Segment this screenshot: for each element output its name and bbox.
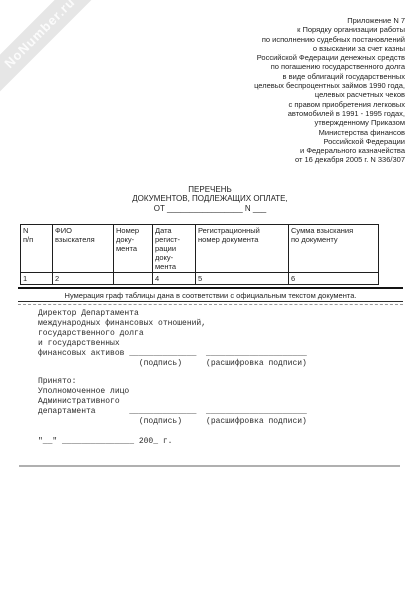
table-header-row: N п/п ФИО взыскателя Номер доку- мента Д… <box>21 225 379 273</box>
title-line-1: ПЕРЕЧЕНЬ <box>0 185 420 195</box>
document-page: NoNumber.ru Приложение N 7 к Порядку орг… <box>0 0 420 600</box>
column-header-reg-number: Регистрационный номер документа <box>196 225 289 273</box>
document-title: ПЕРЕЧЕНЬ ДОКУМЕНТОВ, ПОДЛЕЖАЩИХ ОПЛАТЕ, … <box>0 185 420 214</box>
column-header-sum: Сумма взыскания по документу <box>289 225 379 273</box>
column-header-npp: N п/п <box>21 225 53 273</box>
table-numbering-row: 1 2 4 5 6 <box>21 273 379 285</box>
column-number-5: 5 <box>196 273 289 285</box>
date-line: "__" _______________ 200_ г. <box>0 437 420 447</box>
title-line-2: ДОКУМЕНТОВ, ПОДЛЕЖАЩИХ ОПЛАТЕ, <box>0 194 420 204</box>
title-line-3: ОТ _________________ N ___ <box>0 204 420 214</box>
note-separator-solid <box>18 301 403 302</box>
table-note: Нумерация граф таблицы дана в соответств… <box>18 289 403 301</box>
column-header-doc-number: Номер доку- мента <box>114 225 153 273</box>
column-header-reg-date: Дата регист- рации доку- мента <box>153 225 196 273</box>
signature-block-accepted: Принято: Уполномоченное лицо Администрат… <box>0 377 420 427</box>
appendix-header: Приложение N 7 к Порядку организации раб… <box>0 16 405 165</box>
column-header-fio: ФИО взыскателя <box>53 225 114 273</box>
column-number-1: 1 <box>21 273 53 285</box>
signature-block-director: Директор Департамента международных фина… <box>0 309 420 369</box>
bottom-divider <box>19 465 400 467</box>
column-number-2: 2 <box>53 273 114 285</box>
documents-table: N п/п ФИО взыскателя Номер доку- мента Д… <box>20 224 379 285</box>
column-number-4: 4 <box>153 273 196 285</box>
column-number-3 <box>114 273 153 285</box>
column-number-6: 6 <box>289 273 379 285</box>
note-separator-dashed <box>18 304 403 305</box>
